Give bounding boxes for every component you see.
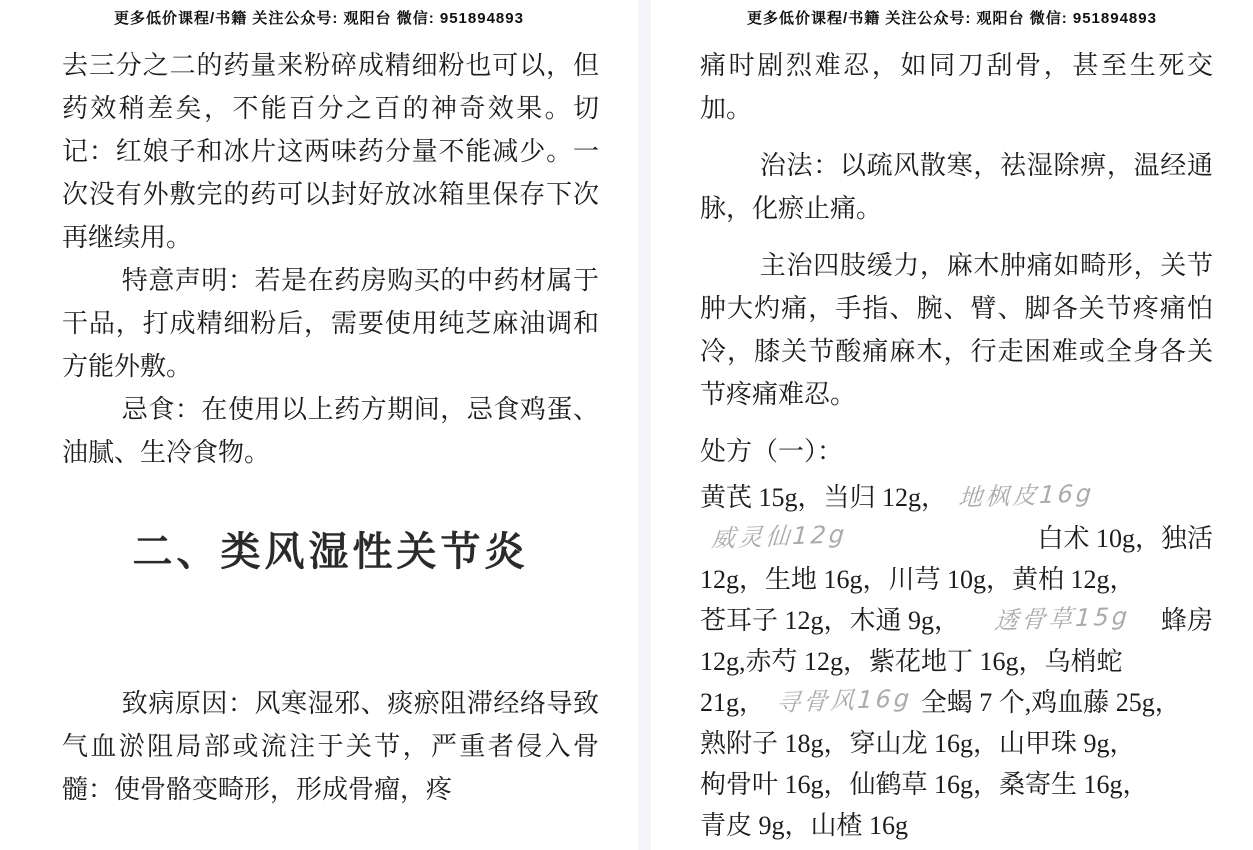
page-header-right: 更多低价课程/书籍 关注公众号: 观阳台 微信: 951894893	[651, 7, 1253, 28]
printed-text: 青皮 9g，山楂 16g	[700, 805, 908, 846]
document-viewer: 更多低价课程/书籍 关注公众号: 观阳台 微信: 951894893 去三分之二…	[0, 0, 1253, 850]
printed-text: 苍耳子 12g，木通 9g，	[700, 600, 960, 641]
page-right-content: 痛时剧烈难忍，如同刀刮骨，甚至生死交加。治法：以疏风散寒，祛湿除痹，温经通脉，化…	[700, 44, 1213, 846]
prescription-line: 苍耳子 12g，木通 9g，透骨草15g蜂房	[700, 600, 1213, 641]
prescription-line: 青皮 9g，山楂 16g	[700, 805, 1213, 846]
page-header-left: 更多低价课程/书籍 关注公众号: 观阳台 微信: 951894893	[0, 7, 638, 28]
paragraph: 主治四肢缓力，麻木肿痛如畸形，关节肿大灼痛，手指、腕、臂、脚各关节疼痛怕冷，膝关…	[700, 244, 1213, 416]
page-right: 更多低价课程/书籍 关注公众号: 观阳台 微信: 951894893 痛时剧烈难…	[651, 0, 1253, 850]
printed-text: 12g,赤芍 12g，紫花地丁 16g，乌梢蛇	[700, 641, 1123, 682]
prescription-line: 枸骨叶 16g，仙鹤草 16g，桑寄生 16g，	[700, 764, 1213, 805]
page-gutter	[638, 0, 651, 850]
printed-text: 蜂房	[1161, 600, 1213, 641]
paragraph: 特意声明：若是在药房购买的中药材属于干品，打成精细粉后，需要使用纯芝麻油调和方能…	[62, 259, 599, 388]
paragraph: 去三分之二的药量来粉碎成精细粉也可以，但药效稍差矣，不能百分之百的神奇效果。切记…	[62, 44, 599, 259]
prescription-line: 熟附子 18g，穿山龙 16g，山甲珠 9g，	[700, 723, 1213, 764]
prescription-label: 处方（一）：	[700, 430, 1213, 473]
prescription-line: 12g,赤芍 12g，紫花地丁 16g，乌梢蛇	[700, 641, 1213, 682]
printed-text: 白术 10g，独活	[1037, 518, 1213, 559]
handwritten-annotation: 透骨草15g	[993, 596, 1132, 642]
prescription-line: 黄芪 15g，当归 12g，地枫皮16g	[700, 477, 1213, 518]
paragraph: 忌食：在使用以上药方期间，忌食鸡蛋、油腻、生冷食物。	[62, 388, 599, 474]
printed-text: 枸骨叶 16g，仙鹤草 16g，桑寄生 16g，	[700, 764, 1149, 805]
prescription-line: 威灵仙12g白术 10g，独活	[700, 518, 1213, 559]
printed-text: 熟附子 18g，穿山龙 16g，山甲珠 9g，	[700, 723, 1136, 764]
prescription-line: 21g，寻骨风16g全蝎 7 个,鸡血藤 25g，	[700, 682, 1213, 723]
printed-text: 全蝎 7 个,鸡血藤 25g，	[921, 682, 1181, 723]
handwritten-annotation: 寻骨风16g	[775, 678, 914, 724]
section-heading: 二、类风湿性关节炎	[62, 526, 599, 578]
printed-text: 21g，	[700, 682, 765, 723]
prescription-line: 12g，生地 16g，川芎 10g，黄柏 12g，	[700, 559, 1213, 600]
handwritten-annotation: 威灵仙12g	[710, 514, 849, 560]
prescription-block: 黄芪 15g，当归 12g，地枫皮16g威灵仙12g白术 10g，独活12g，生…	[700, 477, 1213, 846]
paragraph: 致病原因：风寒湿邪、痰瘀阻滞经络导致气血淤阻局部或流注于关节，严重者侵入骨髓：使…	[62, 682, 599, 811]
page-left-content: 去三分之二的药量来粉碎成精细粉也可以，但药效稍差矣，不能百分之百的神奇效果。切记…	[62, 44, 599, 811]
page-left: 更多低价课程/书籍 关注公众号: 观阳台 微信: 951894893 去三分之二…	[0, 0, 638, 850]
paragraph: 痛时剧烈难忍，如同刀刮骨，甚至生死交加。	[700, 44, 1213, 130]
printed-text: 12g，生地 16g，川芎 10g，黄柏 12g，	[700, 559, 1136, 600]
printed-text: 黄芪 15g，当归 12g，	[700, 477, 947, 518]
handwritten-annotation: 地枫皮16g	[957, 473, 1096, 519]
paragraph: 治法：以疏风散寒，祛湿除痹，温经通脉，化瘀止痛。	[700, 144, 1213, 230]
